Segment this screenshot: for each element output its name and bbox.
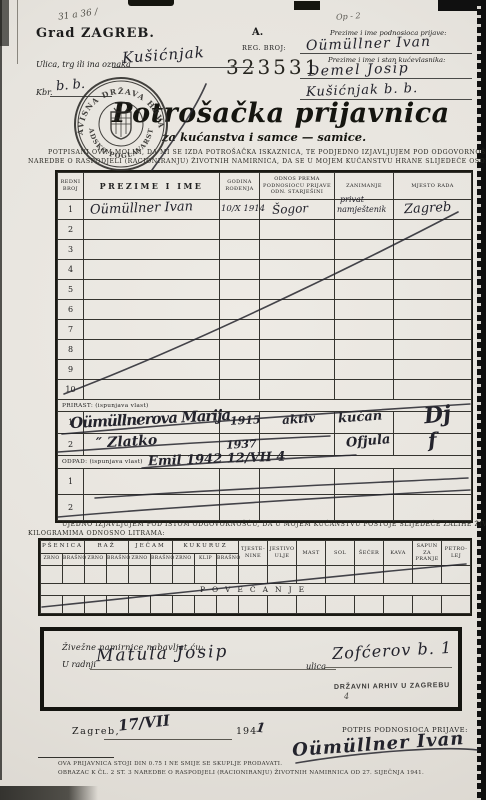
podnosilac-underline (300, 53, 472, 54)
entry-year: 10/X 1914 (221, 204, 265, 214)
prirast-entry2-year: 1937 (226, 437, 257, 452)
table-row: 6 (58, 300, 472, 320)
prirast-entry-year: 1915 (230, 413, 261, 428)
kucevlasnik-value: Demel Josip (308, 60, 410, 80)
reg-number-label: REG. BROJ: (242, 44, 286, 52)
entry-workplace: Zagreb (404, 200, 452, 217)
supplies-intro-line-2: KILOGRAMIMA ODNOSNO LITRAMA: (28, 530, 165, 537)
supplies-empty-row (41, 596, 471, 614)
prirast-entry2-name: ″ Zlatko (96, 432, 158, 451)
entry-relation: Šogor (272, 201, 309, 217)
fineprint-line-2: OBRAZAC K ČL. 2 ST. 3 NAREDBE O RASPODJE… (58, 770, 424, 776)
col-header-odnos: ODNOS PREMA PODNOSIOCU PRIJAVE ODN. STAR… (260, 173, 335, 200)
street-underline (112, 67, 254, 68)
supplies-table: PŠENICA RAŽ JEČAM KUKURUZ TJESTE- NINE J… (38, 538, 472, 616)
household-table: REDNI BROJ PREZIME I IME GODINA ROĐENJA … (55, 170, 473, 523)
street-value: Kušićnjak (121, 43, 205, 67)
fineprint-rule (38, 757, 114, 758)
signature-handwritten: Oümüllner Ivan (291, 728, 465, 761)
table-row: 5 (58, 280, 472, 300)
col-kava: KAVA (384, 541, 413, 566)
row-number: 9 (58, 360, 84, 380)
entry-occupation-1: privat (340, 195, 364, 204)
year-handwritten: 1 (255, 720, 266, 736)
corner-note: 31 a 36 / (57, 7, 98, 22)
official-round-stamp: NEZAVISNA DRŽAVA HRVATSKA GRADSKO POGLAV… (66, 70, 176, 178)
shop-ulica-underline (324, 667, 452, 668)
archive-stamp-text: DRŽAVNI ARHIV U ZAGREBU (334, 682, 450, 691)
row-number: 2 (58, 495, 84, 521)
sub-zrno: ZRNO (129, 554, 151, 566)
col-tjestenine: TJESTE- NINE (239, 541, 268, 566)
group-jecam: JEČAM (129, 541, 173, 554)
scan-fold-line (17, 0, 18, 64)
entry-occupation-2: namještenik (337, 205, 386, 214)
sub-zrno: ZRNO (173, 554, 195, 566)
row-number: 7 (58, 320, 84, 340)
date-handwritten: 17/VII (117, 711, 171, 734)
sub-brasno: BRAŠNO (217, 554, 239, 566)
col-sapun: SAPUN ZA PRANJE (413, 541, 442, 566)
row-number: 1 (58, 200, 84, 220)
year-printed: 194 (236, 726, 257, 737)
row-number: 4 (58, 260, 84, 280)
row-number: 10 (58, 380, 84, 400)
shop-ulica-value: Zofćerov b. 1 (332, 638, 453, 663)
shop-radnji-underline (90, 669, 336, 670)
row-number: 1 (58, 469, 84, 495)
group-kukuruz: KUKURUZ (173, 541, 239, 554)
col-petrolej: PETRO- LEJ (442, 541, 471, 566)
povecanje-band: POVEĆANJE (41, 584, 471, 596)
date-city: Zagreb, (72, 726, 120, 737)
entry-name: Oümüllner Ivan (90, 199, 194, 218)
right-corner-note: Op - 2 (336, 11, 361, 22)
row-number: 6 (58, 300, 84, 320)
odpad-row: 2 (58, 495, 472, 521)
row-number: 2 (58, 434, 84, 456)
shop-ulica-label: ulica (306, 661, 326, 671)
prirast-entry-relation: aktiv (282, 411, 316, 427)
sub-zrno: ZRNO (85, 554, 107, 566)
row-number: 2 (58, 220, 84, 240)
city-title: Grad ZAGREB. (36, 26, 155, 41)
scanned-document-page: 31 a 36 / Grad ZAGREB. A. REG. BROJ: 323… (0, 0, 486, 800)
kucevlasnik-underline (300, 78, 472, 79)
scan-edge-left (0, 0, 2, 780)
group-psenica: PŠENICA (41, 541, 85, 554)
scan-smudge-top-2 (294, 1, 320, 10)
scan-edge-right (481, 0, 486, 800)
prirast-entry2-mark: f (427, 428, 438, 453)
row-number: 8 (58, 340, 84, 360)
table-row: 4 (58, 260, 472, 280)
sub-brasno: BRAŠNO (151, 554, 173, 566)
col-jestivo-ulje: JESTIVO ULJE (268, 541, 297, 566)
group-raz: RAŽ (85, 541, 129, 554)
table-row: 3 (58, 240, 472, 260)
shop-radnji-label: U radnji (62, 659, 96, 669)
sub-zrno: ZRNO (41, 554, 63, 566)
row-number: 5 (58, 280, 84, 300)
sub-brasno: BRAŠNO (107, 554, 129, 566)
supplies-empty-row (41, 566, 471, 584)
table-row: 7 (58, 320, 472, 340)
table-row: 8 (58, 340, 472, 360)
scan-smudge-bottom-left (0, 786, 98, 800)
odpad-row: 1 (58, 469, 472, 495)
prirast-entry-occupation: kućan (338, 408, 383, 426)
table-row: 9 (58, 360, 472, 380)
section-letter: A. (252, 27, 263, 38)
col-sol: SOL (326, 541, 355, 566)
prirast-entry-mark: Dj (423, 401, 453, 430)
table-row: 1 Oümüllner Ivan 10/X 1914 Šogor privat … (58, 200, 472, 220)
table-row: 10 (58, 380, 472, 400)
shop-declaration-box: Živežne namirnice nabavljat ću: U radnji… (40, 627, 462, 711)
prirast-section-label: PRIRAST: (ispunjava vlast) (58, 400, 472, 412)
date-underline (104, 739, 232, 740)
col-secer: ŠEĆER (355, 541, 384, 566)
row-number: 3 (58, 240, 84, 260)
shop-radnji-value: Matula Josip (96, 642, 229, 667)
col-header-mjesto-rada: MJESTO RADA (394, 173, 472, 200)
sub-brasno: BRAŠNO (63, 554, 85, 566)
supplies-intro-line-1: UJEDNO IZJAVLJUJEM POD ISTOM ODGOVORNOŠĆ… (62, 521, 486, 528)
fineprint-line-1: OVA PRIJAVNICA STOJI DIN 0.75 I NE SMIJE… (58, 761, 282, 767)
col-header-godina: GODINA ROĐENJA (220, 173, 260, 200)
sub-klip: KLIP (195, 554, 217, 566)
scan-smudge-top-1 (128, 0, 174, 6)
archive-stamp-number: 4 (344, 692, 349, 701)
table-row: 2 (58, 220, 472, 240)
col-mast: MAST (297, 541, 326, 566)
form-subtitle: za kućanstva i samce — samice. (162, 130, 366, 144)
scan-smudge-top-left (0, 0, 9, 46)
stamp-crest-icon (111, 106, 131, 139)
podnosilac-value: Oümüllner Ivan (306, 34, 431, 54)
